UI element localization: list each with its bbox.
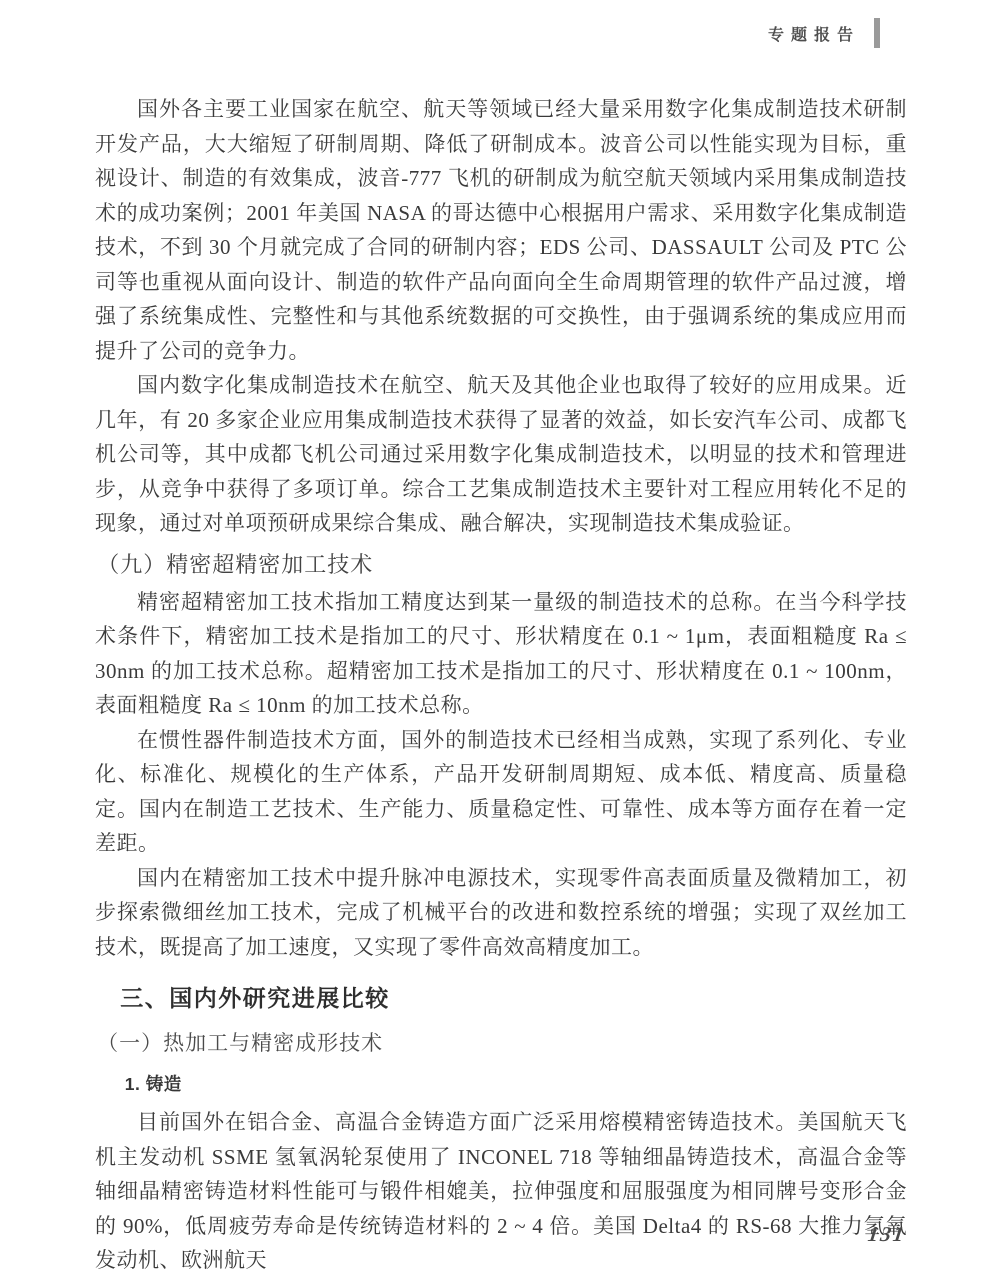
paragraph-precision-definition: 精密超精密加工技术指加工精度达到某一量级的制造技术的总称。在当今科学技术条件下，… <box>95 585 907 723</box>
chapter-heading-research-progress-comparison: 三、国内外研究进展比较 <box>95 983 907 1015</box>
document-page: 专题报告 国外各主要工业国家在航空、航天等领域已经大量采用数字化集成制造技术研制… <box>0 0 1000 1278</box>
header-title: 专题报告 <box>768 22 860 45</box>
header-bar-decoration <box>874 18 880 48</box>
page-number: 131 <box>866 1222 907 1247</box>
paragraph-digital-integration-foreign: 国外各主要工业国家在航空、航天等领域已经大量采用数字化集成制造技术研制开发产品，… <box>95 92 907 368</box>
page-header: 专题报告 <box>768 18 880 48</box>
document-content: 国外各主要工业国家在航空、航天等领域已经大量采用数字化集成制造技术研制开发产品，… <box>95 92 907 1278</box>
subsection-heading-casting: 1. 铸造 <box>95 1073 907 1095</box>
paragraph-inertial-devices: 在惯性器件制造技术方面，国外的制造技术已经相当成熟，实现了系列化、专业化、标准化… <box>95 723 907 861</box>
paragraph-pulse-power: 国内在精密加工技术中提升脉冲电源技术，实现零件高表面质量及微精加工，初步探索微细… <box>95 861 907 965</box>
section-heading-precision-machining: （九）精密超精密加工技术 <box>95 550 907 580</box>
section-heading-hot-working: （一）热加工与精密成形技术 <box>95 1029 907 1059</box>
paragraph-digital-integration-domestic: 国内数字化集成制造技术在航空、航天及其他企业也取得了较好的应用成果。近几年，有 … <box>95 368 907 541</box>
paragraph-casting-overview: 目前国外在铝合金、高温合金铸造方面广泛采用熔模精密铸造技术。美国航天飞机主发动机… <box>95 1105 907 1278</box>
